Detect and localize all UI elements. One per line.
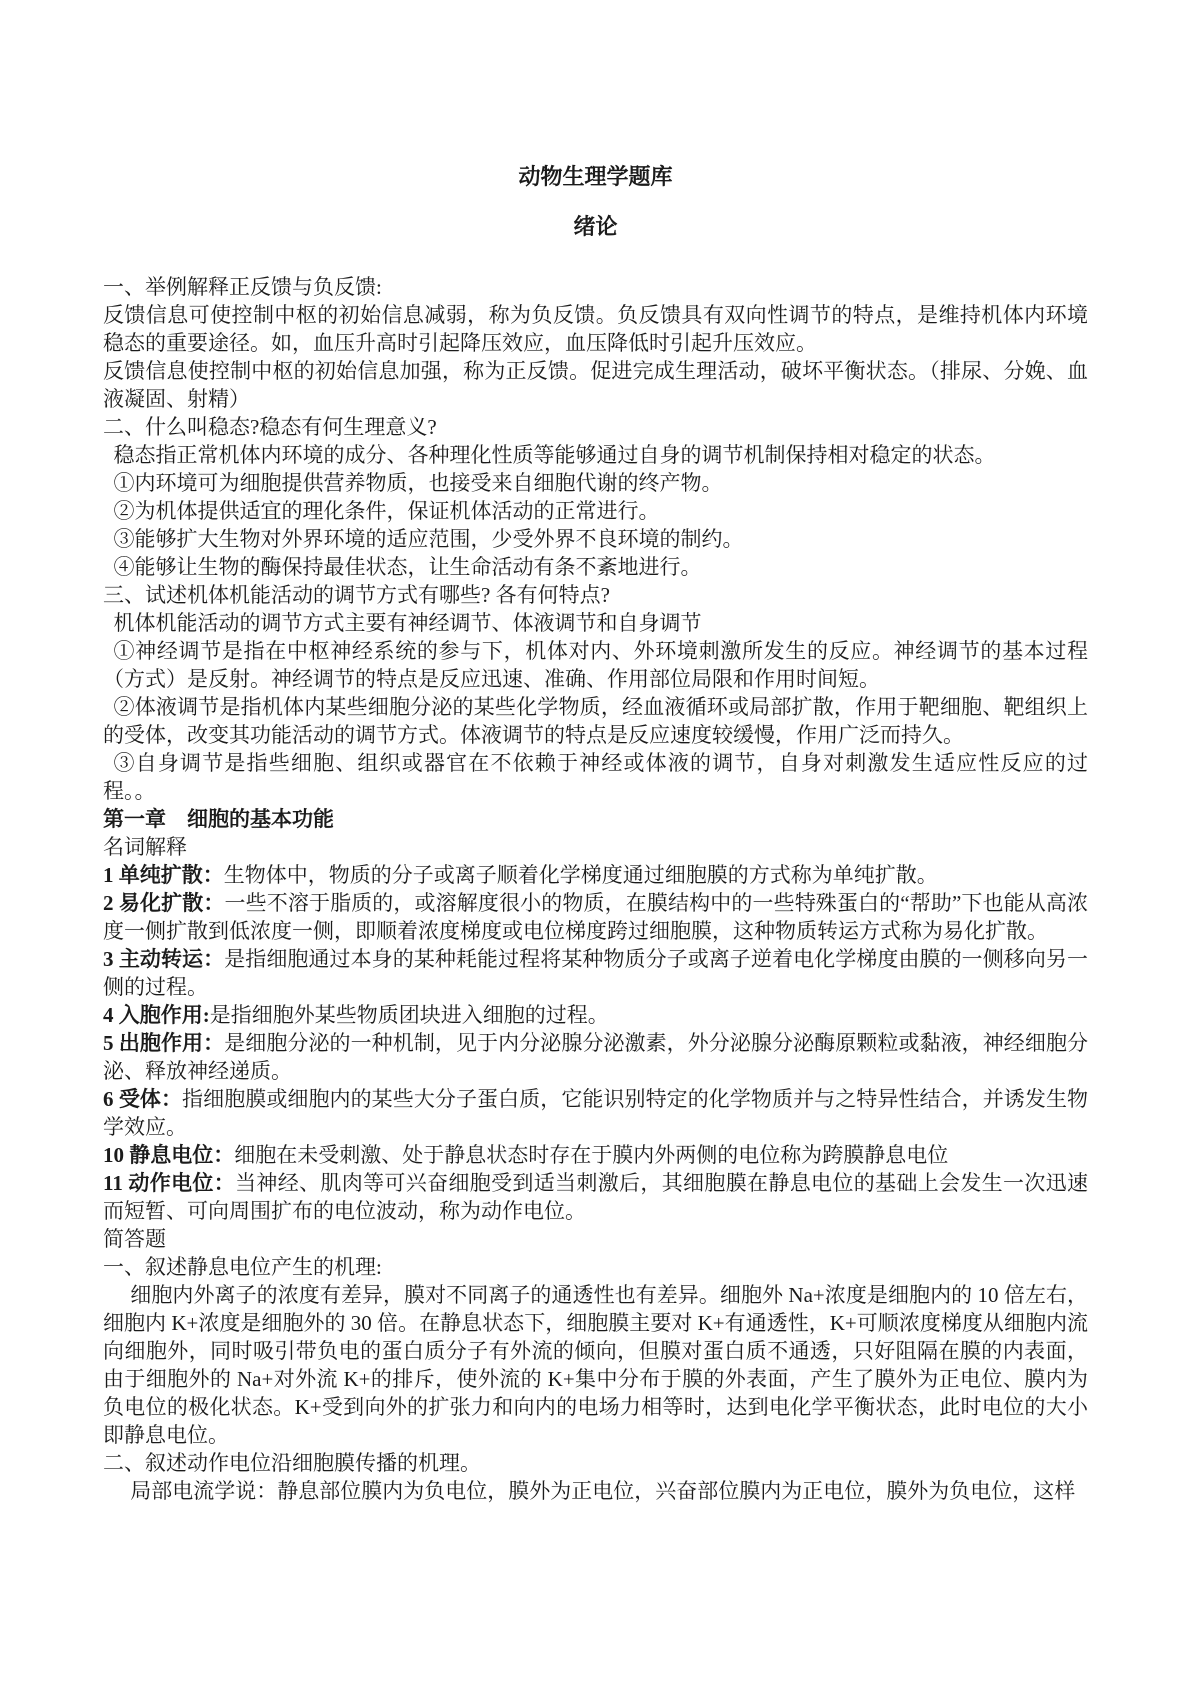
text-run: 当神经、肌肉等可兴奋细胞受到适当刺激后，其细胞膜在静息电位的基础上会发生一次迅速… (103, 1171, 1088, 1223)
term-definition: 4 入胞作用:是指细胞外某些物质团块进入细胞的过程。 (103, 1001, 1088, 1029)
document-page: 动物生理学题库 绪论 一、举例解释正反馈与负反馈:反馈信息可使控制中枢的初始信息… (0, 0, 1190, 1683)
document-title: 动物生理学题库 (103, 163, 1088, 191)
answer-text: 局部电流学说：静息部位膜内为负电位，膜外为正电位，兴奋部位膜内为正电位，膜外为负… (103, 1477, 1088, 1505)
text-run: 稳态指正常机体内环境的成分、各种理化性质等能够通过自身的调节机制保持相对稳定的状… (114, 443, 996, 467)
text-run: 细胞在未受刺激、处于静息状态时存在于膜内外两侧的电位称为跨膜静息电位 (234, 1143, 948, 1167)
answer-text: ①神经调节是指在中枢神经系统的参与下，机体对内、外环境刺激所发生的反应。神经调节… (103, 637, 1088, 693)
term-label: 10 静息电位： (103, 1143, 234, 1167)
text-run: 一、叙述静息电位产生的机理: (103, 1255, 382, 1279)
term-label: 6 受体： (103, 1087, 182, 1111)
term-definition: 11 动作电位：当神经、肌肉等可兴奋细胞受到适当刺激后，其细胞膜在静息电位的基础… (103, 1169, 1088, 1225)
term-definition: 6 受体：指细胞膜或细胞内的某些大分子蛋白质，它能识别特定的化学物质并与之特异性… (103, 1085, 1088, 1141)
answer-text: 细胞内外离子的浓度有差异，膜对不同离子的通透性也有差异。细胞外 Na+浓度是细胞… (103, 1281, 1088, 1449)
document-body: 一、举例解释正反馈与负反馈:反馈信息可使控制中枢的初始信息减弱，称为负反馈。负反… (103, 273, 1088, 1505)
text-run: ④能够让生物的酶保持最佳状态，让生命活动有条不紊地进行。 (114, 555, 702, 579)
answer-text: ④能够让生物的酶保持最佳状态，让生命活动有条不紊地进行。 (103, 553, 1088, 581)
text-run: ①神经调节是指在中枢神经系统的参与下，机体对内、外环境刺激所发生的反应。神经调节… (103, 639, 1088, 691)
text-run: ①内环境可为细胞提供营养物质，也接受来自细胞代谢的终产物。 (114, 471, 723, 495)
text-run: 指细胞膜或细胞内的某些大分子蛋白质，它能识别特定的化学物质并与之特异性结合，并诱… (103, 1087, 1088, 1139)
chapter-heading: 第一章 细胞的基本功能 (103, 805, 1088, 833)
term-definition: 2 易化扩散：一些不溶于脂质的，或溶解度很小的物质，在膜结构中的一些特殊蛋白的“… (103, 889, 1088, 945)
text-run: 三、试述机体机能活动的调节方式有哪些? 各有何特点? (103, 583, 610, 607)
term-definition: 10 静息电位：细胞在未受刺激、处于静息状态时存在于膜内外两侧的电位称为跨膜静息… (103, 1141, 1088, 1169)
text-run: 简答题 (103, 1227, 166, 1251)
term-definition: 5 出胞作用：是细胞分泌的一种机制，见于内分泌腺分泌激素，外分泌腺分泌酶原颗粒或… (103, 1029, 1088, 1085)
question-text: 二、什么叫稳态?稳态有何生理意义? (103, 413, 1088, 441)
section-title: 绪论 (103, 213, 1088, 241)
section-heading: 名词解释 (103, 833, 1088, 861)
text-run: ②体液调节是指机体内某些细胞分泌的某些化学物质，经血液循环或局部扩散，作用于靶细… (103, 695, 1088, 747)
text-run: ③能够扩大生物对外界环境的适应范围，少受外界不良环境的制约。 (114, 527, 744, 551)
answer-text: ③能够扩大生物对外界环境的适应范围，少受外界不良环境的制约。 (103, 525, 1088, 553)
term-definition: 3 主动转运：是指细胞通过本身的某种耗能过程将某种物质分子或离子逆着电化学梯度由… (103, 945, 1088, 1001)
term-label: 5 出胞作用： (103, 1031, 224, 1055)
text-run: 是细胞分泌的一种机制，见于内分泌腺分泌激素，外分泌腺分泌酶原颗粒或黏液，神经细胞… (103, 1031, 1088, 1083)
text-run: 反馈信息使控制中枢的初始信息加强，称为正反馈。促进完成生理活动，破坏平衡状态。（… (103, 359, 1088, 411)
term-label: 3 主动转运： (103, 947, 224, 971)
text-run: 细胞内外离子的浓度有差异，膜对不同离子的通透性也有差异。细胞外 Na+浓度是细胞… (103, 1283, 1088, 1447)
text-run: 机体机能活动的调节方式主要有神经调节、体液调节和自身调节 (114, 611, 702, 635)
text-run: ②为机体提供适宜的理化条件，保证机体活动的正常进行。 (114, 499, 660, 523)
text-run: 一些不溶于脂质的，或溶解度很小的物质，在膜结构中的一些特殊蛋白的“帮助”下也能从… (103, 891, 1088, 943)
answer-text: ①内环境可为细胞提供营养物质，也接受来自细胞代谢的终产物。 (103, 469, 1088, 497)
text-run: 生物体中，物质的分子或离子顺着化学梯度通过细胞膜的方式称为单纯扩散。 (224, 863, 938, 887)
question-text: 一、叙述静息电位产生的机理: (103, 1253, 1088, 1281)
text-run: 名词解释 (103, 835, 187, 859)
answer-text: ③自身调节是指些细胞、组织或器官在不依赖于神经或体液的调节，自身对刺激发生适应性… (103, 749, 1088, 805)
answer-text: 反馈信息使控制中枢的初始信息加强，称为正反馈。促进完成生理活动，破坏平衡状态。（… (103, 357, 1088, 413)
answer-text: 稳态指正常机体内环境的成分、各种理化性质等能够通过自身的调节机制保持相对稳定的状… (103, 441, 1088, 469)
text-run: 第一章 细胞的基本功能 (103, 807, 334, 831)
text-run: 二、什么叫稳态?稳态有何生理意义? (103, 415, 437, 439)
section-heading: 简答题 (103, 1225, 1088, 1253)
text-run: 是指细胞通过本身的某种耗能过程将某种物质分子或离子逆着电化学梯度由膜的一侧移向另… (103, 947, 1088, 999)
text-run: 一、举例解释正反馈与负反馈: (103, 275, 382, 299)
question-text: 二、叙述动作电位沿细胞膜传播的机理。 (103, 1449, 1088, 1477)
answer-text: ②体液调节是指机体内某些细胞分泌的某些化学物质，经血液循环或局部扩散，作用于靶细… (103, 693, 1088, 749)
text-run: 是指细胞外某些物质团块进入细胞的过程。 (210, 1003, 609, 1027)
answer-text: 机体机能活动的调节方式主要有神经调节、体液调节和自身调节 (103, 609, 1088, 637)
question-text: 一、举例解释正反馈与负反馈: (103, 273, 1088, 301)
answer-text: 反馈信息可使控制中枢的初始信息减弱，称为负反馈。负反馈具有双向性调节的特点，是维… (103, 301, 1088, 357)
term-label: 4 入胞作用: (103, 1003, 210, 1027)
text-run: 反馈信息可使控制中枢的初始信息减弱，称为负反馈。负反馈具有双向性调节的特点，是维… (103, 303, 1088, 355)
question-text: 三、试述机体机能活动的调节方式有哪些? 各有何特点? (103, 581, 1088, 609)
text-run: ③自身调节是指些细胞、组织或器官在不依赖于神经或体液的调节，自身对刺激发生适应性… (103, 751, 1088, 803)
term-label: 2 易化扩散： (103, 891, 224, 915)
text-run: 二、叙述动作电位沿细胞膜传播的机理。 (103, 1451, 481, 1475)
term-label: 1 单纯扩散： (103, 863, 224, 887)
answer-text: ②为机体提供适宜的理化条件，保证机体活动的正常进行。 (103, 497, 1088, 525)
text-run: 局部电流学说：静息部位膜内为负电位，膜外为正电位，兴奋部位膜内为正电位，膜外为负… (130, 1479, 1075, 1503)
term-label: 11 动作电位： (103, 1171, 235, 1195)
term-definition: 1 单纯扩散：生物体中，物质的分子或离子顺着化学梯度通过细胞膜的方式称为单纯扩散… (103, 861, 1088, 889)
